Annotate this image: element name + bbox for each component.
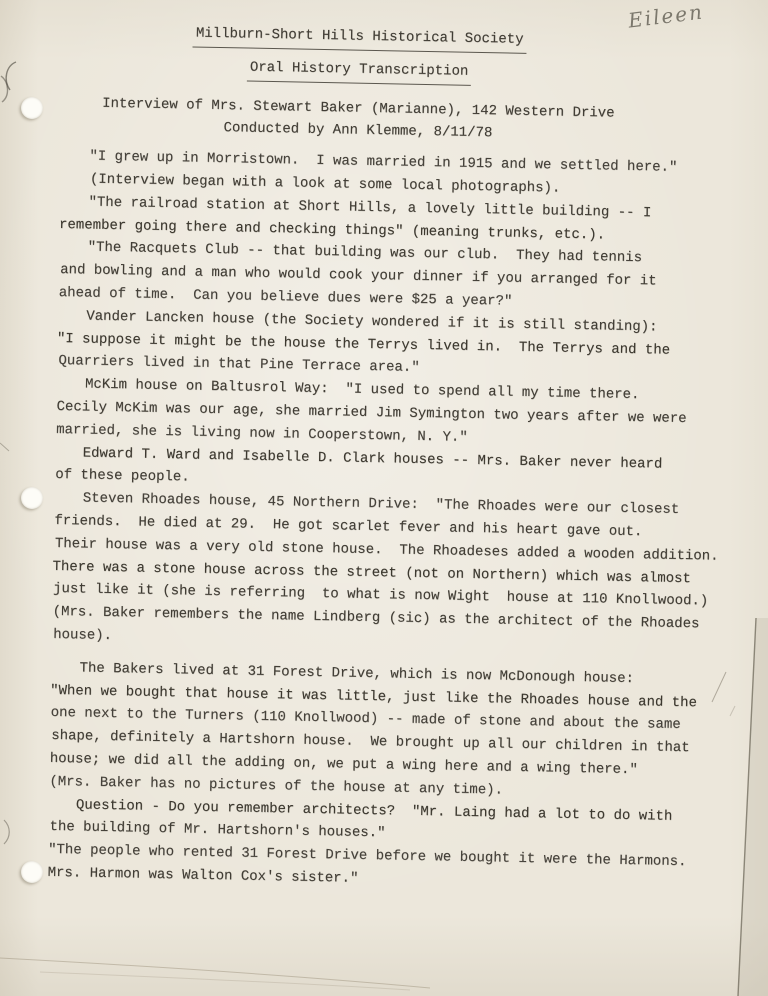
handwritten-name: Eileen	[627, 0, 705, 33]
transcript-body: "I grew up in Morristown. I was married …	[47, 145, 741, 897]
pen-mark-left-middle	[0, 443, 9, 451]
pen-mark-left-lower	[4, 820, 9, 844]
hole-punch-middle	[21, 487, 43, 509]
hole-punch-top	[21, 97, 43, 119]
page-edge-shadow	[738, 618, 768, 996]
document-subtitle: Oral History Transcription	[63, 53, 655, 89]
page-edge-line	[738, 618, 756, 996]
pen-mark-top-left-2	[1, 76, 8, 102]
document-title: Millburn-Short Hills Historical Society	[64, 20, 656, 56]
document-subtitle-text: Oral History Transcription	[247, 56, 472, 85]
hole-punch-bottom	[21, 861, 43, 883]
pen-mark-top-left	[6, 62, 16, 90]
bottom-crease-faint	[40, 972, 410, 990]
document-title-text: Millburn-Short Hills Historical Society	[193, 22, 527, 53]
scanned-page: Millburn-Short Hills Historical Society …	[0, 0, 768, 996]
typescript-content: Millburn-Short Hills Historical Society …	[47, 20, 743, 898]
document-header: Millburn-Short Hills Historical Society …	[62, 20, 656, 149]
bottom-crease	[0, 958, 430, 988]
